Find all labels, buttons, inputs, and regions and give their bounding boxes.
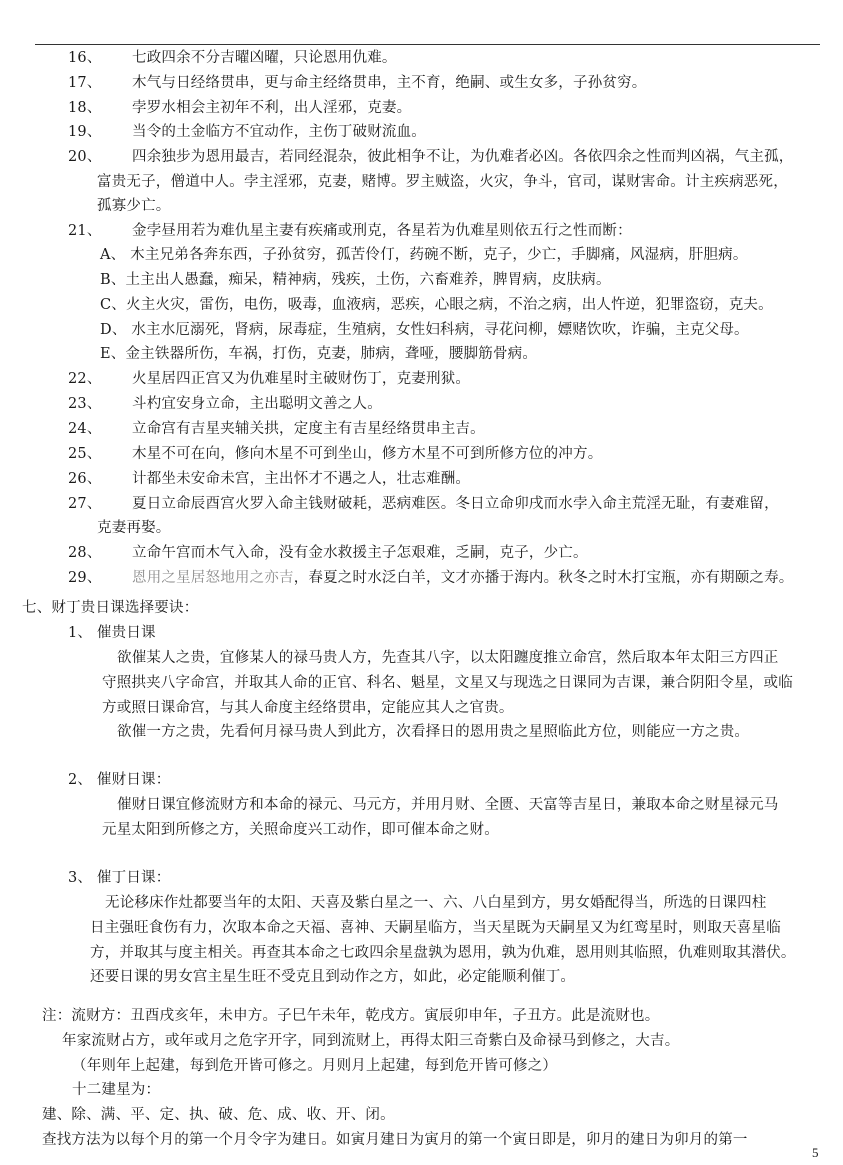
paragraph-line: 还要日课的男女宫主星生旺不受克且到动作之方，如此，必定能顺利催丁。	[90, 967, 575, 987]
subsection-title-2: 2、 催财日课：	[68, 770, 170, 790]
item-number: 24、	[68, 419, 102, 439]
paragraph-line: 日主强旺食伤有力，次取本命之天福、喜神、天嗣星临方，当天星既为天嗣星又为红鸾星时…	[90, 918, 781, 938]
paragraph-line: 无论移床作灶都要当年的太阳、天喜及紫白星之一、六、八白星到方，男女婚配得当，所选…	[105, 893, 767, 913]
item-number: 28、	[68, 543, 102, 563]
paragraph-line: 方或照日课命宫，与其人命度主经络贯串，定能应其人之官贵。	[102, 698, 514, 718]
paragraph-line: 守照拱夹八字命宫，并取其人命的正官、科名、魁星，文星又与现选之日课同为吉课，兼合…	[102, 673, 793, 693]
rule-item-27-cont: 克妻再娶。	[97, 518, 171, 538]
item-number: 22、	[68, 369, 102, 389]
item-text: 斗杓宜安身立命，主出聪明文善之人。	[132, 394, 382, 414]
item-text: 计都坐未安命未宫，主出怀才不遇之人，壮志难酬。	[132, 469, 470, 489]
item-text: 木星不可在向，修向木星不可到坐山，修方木星不可到所修方位的冲方。	[132, 444, 602, 464]
subsection-title-1: 1、 催贵日课	[68, 623, 156, 643]
paragraph-line: 催财日课宜修流财方和本命的禄元、马元方，并用月财、全匮、天富等吉星日，兼取本命之…	[117, 795, 779, 815]
note-line: 查找方法为以每个月的第一个月令字为建日。如寅月建日为寅月的第一个寅日即是，卯月的…	[42, 1130, 748, 1150]
paragraph-line: 欲催一方之贵，先看何月禄马贵人到此方，次看择日的恩用贵之星照临此方位，则能应一方…	[117, 722, 749, 742]
note-line: 十二建星为：	[72, 1080, 160, 1100]
sub-item-b: B、土主出人愚蠢，痴呆，精神病，残疾，土伤，六畜难养，脾胃病，皮肤病。	[100, 270, 611, 290]
sub-item-d: D、 水主水厄溺死，肾病，尿毒症，生殖病，女性妇科病，寻花问柳，嫖赌饮吹，诈骗，…	[100, 320, 749, 340]
rule-item-20-cont-1: 富贵无子，僧道中人。孛主淫邪，克妻，赌博。罗主贼盗，火灾，争斗，官司，谋财害命。…	[97, 172, 788, 192]
rule-item-20-cont-2: 孤寡少亡。	[97, 196, 171, 216]
item-text: 夏日立命辰酉宫火罗入命主钱财破耗，恶病难医。冬日立命卯戌而水孛入命主荒淫无耻，有…	[132, 494, 779, 514]
note-line: （年则年上起建，每到危开皆可修之。月则月上起建，每到危开皆可修之）	[72, 1056, 557, 1076]
sub-item-e: E、金主铁器所伤，车祸，打伤，克妻，肺病，聋哑，腰脚筋骨病。	[100, 344, 537, 364]
header-rule	[35, 44, 820, 45]
page-number: 5	[812, 1145, 819, 1161]
item-text: 木气与日经络贯串，更与命主经络贯串，主不育，绝嗣、或生女多，子孙贫穷。	[132, 73, 647, 93]
item-number: 23、	[68, 394, 102, 414]
item-number: 16、	[68, 48, 102, 68]
item-text-wrapper: 恩用之星居怒地用之亦吉，春夏之时水泛白羊，文才亦播于海内。秋冬之时木打宝瓶，亦有…	[132, 568, 794, 588]
item-number: 18、	[68, 98, 102, 118]
item-number: 21、	[68, 221, 102, 241]
item-text: 七政四余不分吉曜凶曜，只论恩用仇难。	[132, 48, 397, 68]
item-number: 25、	[68, 444, 102, 464]
item-text: ，春夏之时水泛白羊，文才亦播于海内。秋冬之时木打宝瓶，亦有期颐之寿。	[294, 570, 794, 586]
sub-item-c: C、火主火灾，雷伤，电伤，吸毒，血液病，恶疾，心眼之病，不治之病，出人忤逆，犯罪…	[100, 295, 773, 315]
paragraph-line: 元星太阳到所修之方，关照命度兴工动作，即可催本命之财。	[102, 820, 499, 840]
item-text: 火星居四正宫又为仇难星时主破财伤丁，克妻刑狱。	[132, 369, 470, 389]
item-number: 27、	[68, 494, 102, 514]
item-text: 当令的土金临方不宜动作，主伤丁破财流血。	[132, 122, 426, 142]
item-text: 金孛昼用若为难仇星主妻有疾痛或刑克，各星若为仇难星则依五行之性而断：	[132, 221, 632, 241]
note-line: 年家流财占方，或年或月之危字开字，同到流财上，再得太阳三奇紫白及命禄马到修之，大…	[62, 1031, 679, 1051]
item-text-grey: 恩用之星居怒地用之亦吉	[132, 570, 294, 586]
item-text: 立命宫有吉星夹辅关拱，定度主有吉星经络贯串主吉。	[132, 419, 485, 439]
item-text: 孛罗水相会主初年不利，出人淫邪，克妻。	[132, 98, 411, 118]
note-line: 注：流财方：丑酉戌亥年，未申方。子巳午未年，乾戌方。寅辰卯申年，子丑方。此是流财…	[42, 1006, 659, 1026]
item-number: 17、	[68, 73, 102, 93]
item-text: 立命午宫而木气入命，没有金水救援主子怎艰难，乏嗣，克子，少亡。	[132, 543, 588, 563]
sub-item-a: A、 木主兄弟各奔东西，子孙贫穷，孤苦伶仃，药碗不断，克子，少亡，手脚痛，风湿病…	[100, 245, 748, 265]
item-text: 四余独步为恩用最吉，若同经混杂，彼此相争不让，为仇难者必凶。各依四余之性而判凶祸…	[132, 147, 794, 167]
note-line: 建、除、满、平、定、执、破、危、成、收、开、闭。	[42, 1105, 395, 1125]
subsection-title-3: 3、 催丁日课：	[68, 868, 170, 888]
paragraph-line: 欲催某人之贵，宜修某人的禄马贵人方，先查其八字，以太阳躔度推立命宫，然后取本年太…	[117, 648, 779, 668]
section-heading: 七、财丁贵日课选择要诀：	[22, 598, 198, 618]
item-number: 19、	[68, 122, 102, 142]
item-number: 29、	[68, 568, 102, 588]
item-number: 26、	[68, 469, 102, 489]
item-number: 20、	[68, 147, 102, 167]
paragraph-line: 方，并取其与度主相关。再查其本命之七政四余星盘孰为恩用，孰为仇难，恩用则其临照，…	[90, 943, 796, 963]
